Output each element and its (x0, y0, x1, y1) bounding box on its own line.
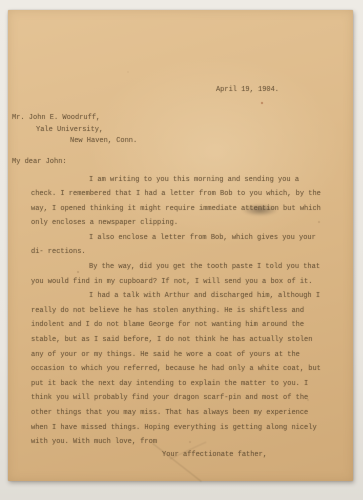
address-line-3: New Haven, Conn. (70, 136, 349, 148)
paragraph: I had a talk with Arthur and discharged … (31, 289, 323, 450)
letter-page: April 19, 1904. Mr. John E. Woodruff, Ya… (8, 10, 353, 481)
address-line-1: Mr. John E. Woodruff, (12, 113, 349, 125)
address-line-2: Yale University, (36, 125, 349, 137)
salutation: My dear John: (12, 157, 349, 168)
date-line: April 19, 1904. (12, 85, 349, 96)
paragraph: I am writing to you this morning and sen… (31, 173, 323, 231)
paragraph: By the way, did you get the tooth paste … (31, 260, 323, 289)
scan-background: April 19, 1904. Mr. John E. Woodruff, Ya… (0, 0, 363, 500)
ink-smudge (242, 204, 278, 216)
closing-signature: Your affectionate father, (162, 450, 349, 461)
recipient-address: Mr. John E. Woodruff, Yale University, N… (12, 113, 349, 148)
letter-body: I am writing to you this morning and sen… (31, 173, 323, 450)
paragraph: I also enclose a letter from Bob, which … (31, 231, 323, 260)
letter-content: April 19, 1904. Mr. John E. Woodruff, Ya… (8, 10, 353, 481)
